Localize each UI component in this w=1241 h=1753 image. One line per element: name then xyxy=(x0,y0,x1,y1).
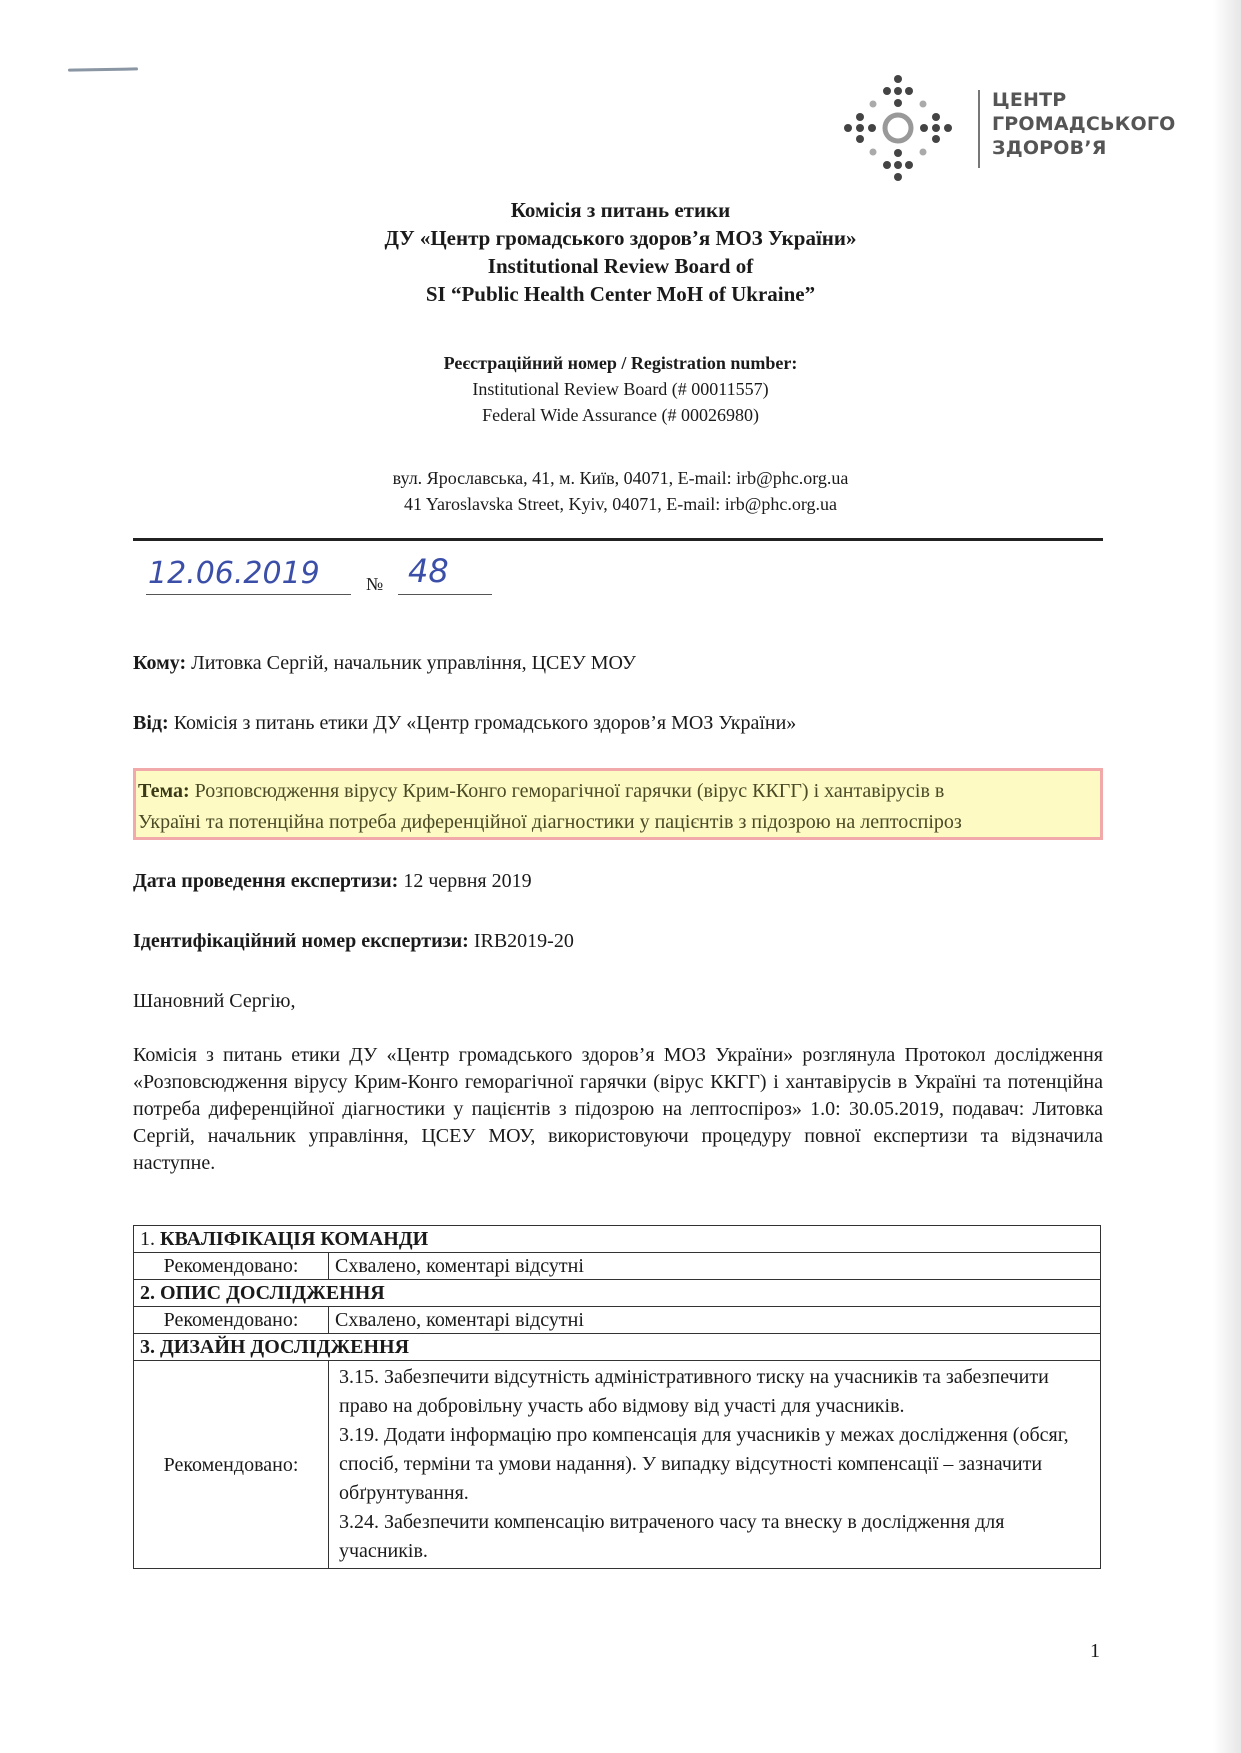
title-line: SI “Public Health Center MoH of Ukraine” xyxy=(0,280,1241,308)
handwritten-number: 48 xyxy=(408,552,449,590)
to-field: Кому: Литовка Сергій, начальник управлін… xyxy=(133,652,636,675)
review-date-field: Дата проведення експертизи: 12 червня 20… xyxy=(133,870,532,893)
scan-artifact-mark xyxy=(68,67,138,71)
from-field: Від: Комісія з питань етики ДУ «Центр гр… xyxy=(133,712,796,735)
from-value: Комісія з питань етики ДУ «Центр громадс… xyxy=(174,712,797,734)
review-id-field: Ідентифікаційний номер експертизи: IRB20… xyxy=(133,930,574,953)
section-title: 1. КВАЛІФІКАЦІЯ КОМАНДИ xyxy=(134,1226,1101,1253)
review-id-label: Ідентифікаційний номер експертизи: xyxy=(133,930,469,952)
recommendation-label: Рекомендовано: xyxy=(134,1361,329,1569)
registration-title: Реєстраційний номер / Registration numbe… xyxy=(0,350,1241,376)
header-divider xyxy=(133,538,1103,541)
handwritten-date: 12.06.2019 xyxy=(148,556,320,591)
title-line: Institutional Review Board of xyxy=(0,252,1241,280)
letter-body: Комісія з питань етики ДУ «Центр громадс… xyxy=(133,1042,1103,1177)
title-line: Комісія з питань етики xyxy=(0,196,1241,224)
topic-line-1: Розповсюдження вірусу Крим-Конго гемораг… xyxy=(195,780,945,802)
date-underline xyxy=(146,594,351,595)
header-title: Комісія з питань етики ДУ «Центр громадс… xyxy=(0,196,1241,308)
registration-line: Federal Wide Assurance (# 00026980) xyxy=(0,402,1241,428)
table-row: Рекомендовано: 3.15. Забезпечити відсутн… xyxy=(134,1361,1101,1569)
to-label: Кому: xyxy=(133,652,186,674)
dotted-diamond-circle-icon xyxy=(840,72,960,182)
address-en: 41 Yaroslavska Street, Kyiv, 04071, E-ma… xyxy=(0,491,1241,517)
registration-line: Institutional Review Board (# 00011557) xyxy=(0,376,1241,402)
recommendation-item: 3.19. Додати інформацію про компенсація … xyxy=(339,1421,1090,1508)
section-title: 2. ОПИС ДОСЛІДЖЕННЯ xyxy=(134,1280,1101,1307)
number-underline xyxy=(398,594,492,595)
address-block: вул. Ярославська, 41, м. Київ, 04071, E-… xyxy=(0,465,1241,517)
from-label: Від: xyxy=(133,712,169,734)
logo-line: ГРОМАДСЬКОГО xyxy=(992,112,1176,136)
section-title: 3. ДИЗАЙН ДОСЛІДЖЕННЯ xyxy=(134,1334,1101,1361)
organization-logo: ЦЕНТР ГРОМАДСЬКОГО ЗДОРОВ’Я xyxy=(840,72,1170,182)
recommendation-item: 3.24. Забезпечити компенсацію витраченог… xyxy=(339,1508,1090,1566)
salutation: Шановний Сергію, xyxy=(133,990,295,1013)
title-line: ДУ «Центр громадського здоров’я МОЗ Укра… xyxy=(0,224,1241,252)
recommendation-value: Схвалено, коментарі відсутні xyxy=(329,1307,1101,1334)
number-sign: № xyxy=(366,574,383,595)
topic-label: Тема: xyxy=(138,780,190,802)
recommendation-label: Рекомендовано: xyxy=(134,1307,329,1334)
topic-highlight: Тема: Розповсюдження вірусу Крим-Конго г… xyxy=(133,768,1103,840)
table-row: Рекомендовано: Схвалено, коментарі відсу… xyxy=(134,1307,1101,1334)
section-header-row: 1. КВАЛІФІКАЦІЯ КОМАНДИ xyxy=(134,1226,1101,1253)
registration-block: Реєстраційний номер / Registration numbe… xyxy=(0,350,1241,428)
address-ua: вул. Ярославська, 41, м. Київ, 04071, E-… xyxy=(0,465,1241,491)
review-id-value: IRB2019-20 xyxy=(474,930,574,952)
recommendation-items: 3.15. Забезпечити відсутність адміністра… xyxy=(329,1361,1101,1569)
logo-wordmark: ЦЕНТР ГРОМАДСЬКОГО ЗДОРОВ’Я xyxy=(992,88,1176,160)
logo-line: ЦЕНТР xyxy=(992,88,1176,112)
topic-line-2: Україні та потенційна потреба диференцій… xyxy=(138,807,1100,838)
section-header-row: 2. ОПИС ДОСЛІДЖЕННЯ xyxy=(134,1280,1101,1307)
table-row: Рекомендовано: Схвалено, коментарі відсу… xyxy=(134,1253,1101,1280)
section-header-row: 3. ДИЗАЙН ДОСЛІДЖЕННЯ xyxy=(134,1334,1101,1361)
logo-line: ЗДОРОВ’Я xyxy=(992,136,1176,160)
logo-divider xyxy=(978,90,980,168)
recommendation-value: Схвалено, коментарі відсутні xyxy=(329,1253,1101,1280)
recommendation-label: Рекомендовано: xyxy=(134,1253,329,1280)
page-number: 1 xyxy=(1090,1640,1100,1663)
to-value: Литовка Сергій, начальник управління, ЦС… xyxy=(191,652,636,674)
review-table: 1. КВАЛІФІКАЦІЯ КОМАНДИ Рекомендовано: С… xyxy=(133,1225,1101,1569)
review-date-value: 12 червня 2019 xyxy=(403,870,531,892)
review-date-label: Дата проведення експертизи: xyxy=(133,870,398,892)
recommendation-item: 3.15. Забезпечити відсутність адміністра… xyxy=(339,1363,1090,1421)
